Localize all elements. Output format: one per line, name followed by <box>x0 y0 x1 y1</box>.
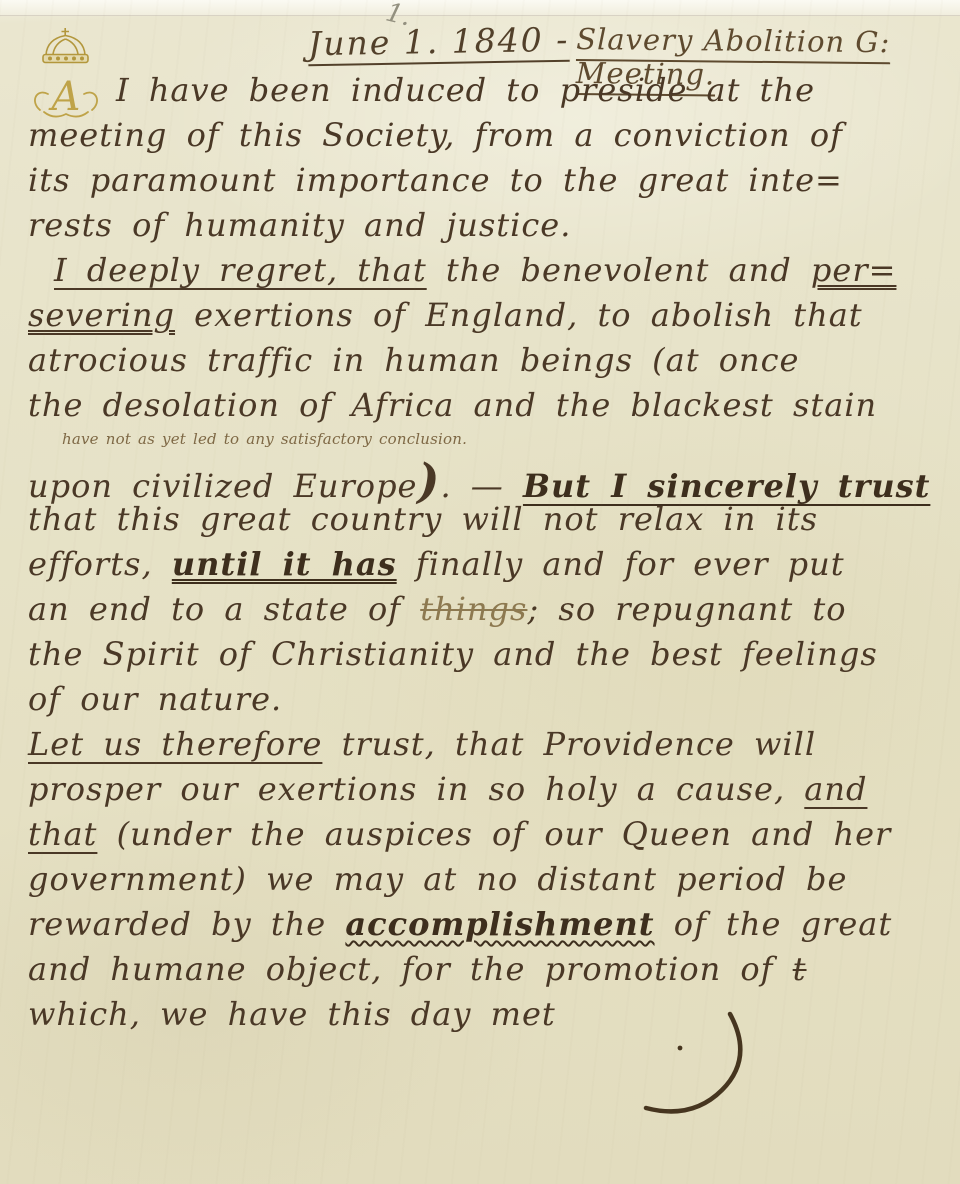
manuscript-line: of our nature. <box>28 683 946 728</box>
text-run: I have been induced to preside at the <box>116 71 815 109</box>
manuscript-line: Let us therefore trust, that Providence … <box>28 728 946 773</box>
text-run: accomplishment <box>345 905 654 943</box>
manuscript-line: efforts, until it has finally and for ev… <box>28 548 946 593</box>
manuscript-line: and humane object, for the promotion of … <box>28 953 946 998</box>
text-run: ; so repugnant to <box>527 590 846 628</box>
text-run: and <box>804 770 867 808</box>
manuscript-line: an end to a state of things; so repugnan… <box>28 593 946 638</box>
text-run: that <box>28 815 97 853</box>
text-run: (under the auspices of our Queen and her <box>97 815 891 853</box>
text-run: the desolation of Africa and the blackes… <box>28 386 877 424</box>
text-run: Let us therefore <box>28 725 322 763</box>
manuscript-line: atrocious traffic in human beings (at on… <box>28 344 946 389</box>
text-run: the Spirit of Christianity and the best … <box>28 635 878 673</box>
manuscript-line: prosper our exertions in so holy a cause… <box>28 773 946 818</box>
text-run: things <box>420 590 527 628</box>
paper-top-edge <box>0 0 960 16</box>
text-run: per= <box>811 251 897 289</box>
manuscript-line: rests of humanity and justice. <box>28 209 946 254</box>
crown-icon <box>30 26 102 68</box>
closing-flourish-icon <box>622 1008 772 1132</box>
manuscript-line: government) we may at no distant period … <box>28 863 946 908</box>
manuscript-line: that this great country will not relax i… <box>28 503 946 548</box>
text-run: atrocious traffic in human beings (at on… <box>28 341 799 379</box>
text-run: meeting of this Society, from a convicti… <box>28 116 843 154</box>
manuscript-line: I have been induced to preside at the <box>28 74 946 119</box>
manuscript-line: meeting of this Society, from a convicti… <box>28 119 946 164</box>
text-run: that this great country will not relax i… <box>28 500 818 538</box>
date-heading: June 1. 1840 - <box>308 20 570 64</box>
manuscript-lines: I have been induced to preside at themee… <box>28 74 946 1043</box>
text-run: efforts, <box>28 545 172 583</box>
text-run: prosper our exertions in so holy a cause… <box>28 770 804 808</box>
text-run: severing <box>28 296 175 334</box>
text-run: until it has <box>172 545 397 583</box>
text-run: the benevolent and <box>427 251 811 289</box>
text-run: of our nature. <box>28 680 282 718</box>
text-run: which, we have this day met <box>28 995 556 1033</box>
text-run: t <box>793 950 807 988</box>
text-run: exertions of England, to abolish that <box>175 296 863 334</box>
text-run: and humane object, for the promotion of <box>28 950 793 988</box>
manuscript-line: severing exertions of England, to abolis… <box>28 299 946 344</box>
manuscript-line: the Spirit of Christianity and the best … <box>28 638 946 683</box>
text-run: an end to a state of <box>28 590 420 628</box>
interlinear-annotation: have not as yet led to any satisfactory … <box>28 432 946 458</box>
text-run: finally and for ever put <box>397 545 845 583</box>
manuscript-page: 1. <box>0 0 960 1184</box>
text-run: rewarded by the <box>28 905 345 943</box>
manuscript-line: I deeply regret, that the benevolent and… <box>28 254 946 299</box>
manuscript-line: rewarded by the accomplishment of the gr… <box>28 908 946 953</box>
manuscript-line: its paramount importance to the great in… <box>28 164 946 209</box>
text-run: trust, that Providence will <box>322 725 816 763</box>
text-run: government) we may at no distant period … <box>28 860 847 898</box>
text-run: its paramount importance to the great in… <box>28 161 843 199</box>
text-run: have not as yet led to any satisfactory … <box>62 430 467 448</box>
text-run: rests of humanity and justice. <box>28 206 571 244</box>
text-run: of the great <box>655 905 893 943</box>
manuscript-line: which, we have this day met <box>28 998 946 1043</box>
manuscript-line: the desolation of Africa and the blackes… <box>28 389 946 434</box>
manuscript-line: upon civilized Europe). — But I sincerel… <box>28 458 946 503</box>
manuscript-line: that (under the auspices of our Queen an… <box>28 818 946 863</box>
text-run: I deeply regret, that <box>54 251 427 289</box>
